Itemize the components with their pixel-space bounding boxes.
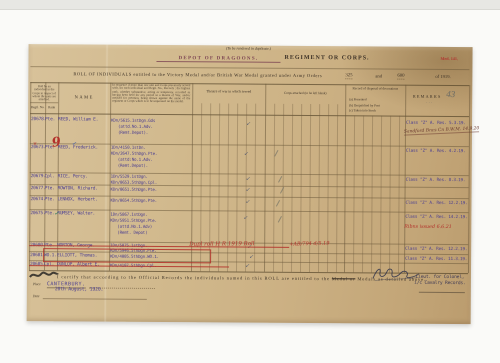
- remark-cell: Class "Z" A. Res. 14.2.19.: [405, 215, 467, 220]
- unit-stamp: DEPOT OF DRAGOONS.: [156, 56, 280, 63]
- previous-units-note-header: In sequence if more than one unit and Co…: [112, 84, 190, 104]
- disposal-header-title: Record of disposal of decorations: [346, 87, 404, 91]
- roll-title: ROLL OF INDIVIDUALS entitled to the Vict…: [73, 71, 322, 78]
- green-tick-mark: ✓: [54, 210, 60, 218]
- date-label: Date: [33, 294, 40, 298]
- pencil-stroke: [274, 150, 278, 157]
- pencil-stroke: [276, 200, 280, 207]
- ink-annotation: Sandford Bncs Cn B.W.M. 14.9.20: [404, 126, 480, 135]
- remark-cell: Class "Z" A. Res. 12.2.19.: [405, 201, 467, 206]
- unit-line: 1Dn/5529.1stDgn.: [111, 174, 148, 179]
- place-label: Place: [33, 282, 41, 286]
- medal-roll-document: (To be rendered in duplicate.) DEPOT OF …: [27, 44, 473, 324]
- unit-line: KDn/0653.5thDgn.Cpl.: [111, 179, 157, 184]
- unit-line: KDn/5615.1stDgn.Gds: [111, 118, 155, 123]
- page-number-pencil: 43: [446, 89, 455, 99]
- tick-mark: ✓: [243, 214, 249, 222]
- date-value: 20th August, 1920.: [55, 287, 103, 292]
- rank-cell: Cpl.: [45, 174, 55, 179]
- regtl-no-cell: 20677.: [31, 186, 46, 191]
- red-ink-annotation: Dupl roll H R 1919 Roll: [189, 241, 254, 248]
- rank-cell: Pte.: [45, 186, 55, 191]
- unit-line: (attd.No.1.Adv): [117, 224, 152, 229]
- tick-mark: ✓: [245, 262, 251, 270]
- name-cell: RICE, Percy.: [58, 174, 88, 179]
- red-highlight-box: [43, 248, 211, 263]
- unit-line: (attd.No.1.Adv.: [118, 124, 153, 129]
- regtl-no-cell: 20675.: [30, 211, 45, 216]
- regiment-or-corps-label: REGIMENT OR CORPS.: [284, 55, 369, 62]
- name-cell: REED, Frederick.: [58, 145, 98, 150]
- table-row: 20678. Pte. REED, William E. KDn/5615.1s…: [30, 115, 469, 146]
- signatory-rank-line-2: i/c Cavalry Records.: [412, 281, 468, 286]
- remark-cell: Class "Z" A. Res. 5.3.19.: [406, 121, 466, 126]
- disposal-item-presented: (a) Presented: [349, 97, 366, 101]
- name-cell: ROWTON, Richard.: [58, 186, 98, 191]
- table-row: 20673. Pte. REED, Frederick. 1Dn/4150.1s…: [30, 143, 469, 175]
- duplicate-note: (To be rendered in duplicate.): [179, 46, 319, 51]
- rank-cell: Pte.: [44, 197, 54, 202]
- disposal-item-stock: (c) Taken into Stock: [349, 108, 376, 112]
- corps-attached-header: Corps attached (to be left blank): [266, 91, 344, 96]
- tick-mark: ✓: [245, 198, 251, 206]
- unit-line: KDn/0651.5thDgn.Pte.: [111, 187, 157, 192]
- remark-cell: Class "Z" A. Res. 12.2.19.: [405, 247, 467, 252]
- red-ink-annotation: +AB/794 d/5.19: [289, 240, 329, 247]
- unit-line: (Remt.Depot).: [118, 163, 148, 168]
- tick-mark: ✓: [246, 120, 252, 128]
- screenshot-stage: (To be rendered in duplicate.) DEPOT OF …: [0, 0, 500, 363]
- pencil-stroke: [278, 176, 282, 183]
- unit-line: KDn/2647.5thDgn.Pte.: [111, 151, 157, 156]
- army-order-number-1: 325: [345, 73, 352, 79]
- regtl-no-cell: 20674.: [30, 197, 45, 202]
- tick-mark: ✓: [245, 186, 251, 194]
- tick-mark: ✓: [249, 253, 255, 261]
- rule: [419, 292, 465, 293]
- red-x-mark: ×: [33, 141, 37, 147]
- army-order-and: and: [375, 73, 382, 78]
- name-cell: REED, William E.: [58, 117, 98, 122]
- pencil-dots: · · ·: [426, 100, 432, 105]
- unit-line: 1Dn/5867.1stDgn.: [110, 212, 147, 217]
- rank-header: Rank: [45, 105, 58, 109]
- name-cell: RUMSEY, Walter.: [57, 211, 95, 216]
- certify-text-struck: Medal or: [332, 276, 356, 281]
- rank-cell: Pte.: [45, 117, 55, 122]
- rule: [43, 298, 147, 300]
- remark-cell: Class "Z" A. Res. 11.3.19.: [405, 257, 467, 262]
- corner-reference: Med. 141.: [440, 56, 458, 61]
- regtl-no-cell: 20678.: [31, 117, 46, 122]
- unit-line: (Remt. Depot): [117, 230, 147, 235]
- regtl-no-header: Regtl. No.: [30, 105, 45, 109]
- unit-line: (Remt.Depot).: [118, 130, 148, 135]
- name-header: NAME: [58, 94, 110, 99]
- pencil-stroke: [278, 216, 282, 223]
- red-ink-annotation: Ribns issued 6.6.21: [404, 225, 452, 230]
- theatre-of-war-header: Theatre of war in which served: [192, 89, 265, 94]
- tick-mark: ✓: [243, 150, 249, 158]
- disposal-item-post: (b) Despatched by Post: [349, 103, 380, 107]
- certify-text-pre: I certify that according to the Official…: [57, 274, 330, 281]
- unit-line: 1Dn/4150.1stDn.: [111, 145, 146, 150]
- ink-blot-scribble: [29, 268, 59, 281]
- unit-line: KDn/5951.5thDgn.Pte.: [110, 218, 156, 223]
- remark-cell: Class "Z" A. Res. 4.2.19.: [406, 149, 466, 154]
- red-nine-scribble: 9: [51, 135, 62, 151]
- signatory-rank-line-1: Lieut. for Colonel,: [412, 275, 468, 280]
- unit-line: KDn/0654.5thDgn.Pte.: [110, 198, 156, 203]
- name-cell: LENNOX, Herbert.: [57, 197, 97, 202]
- regtl-no-cell: 20679.: [31, 174, 46, 179]
- unit-line: (attd:No.1.Adv.: [118, 157, 153, 162]
- roll-note-header: Roll by an individual in the Corps in re…: [31, 85, 57, 101]
- army-order-number-2: 600: [397, 74, 404, 80]
- pencil-stroke: [280, 187, 284, 194]
- tick-mark: ✓: [245, 175, 251, 183]
- remark-cell: Class "Z" A. Res. 8.3.19.: [406, 178, 466, 183]
- table-row: 20675. Pte. RUMSEY, Walter. 1Dn/5867.1st…: [29, 209, 468, 244]
- army-order-year: of 1919.: [435, 74, 450, 79]
- remarks-header: REMARKS: [405, 94, 449, 99]
- scan-edge-strip: [0, 0, 500, 10]
